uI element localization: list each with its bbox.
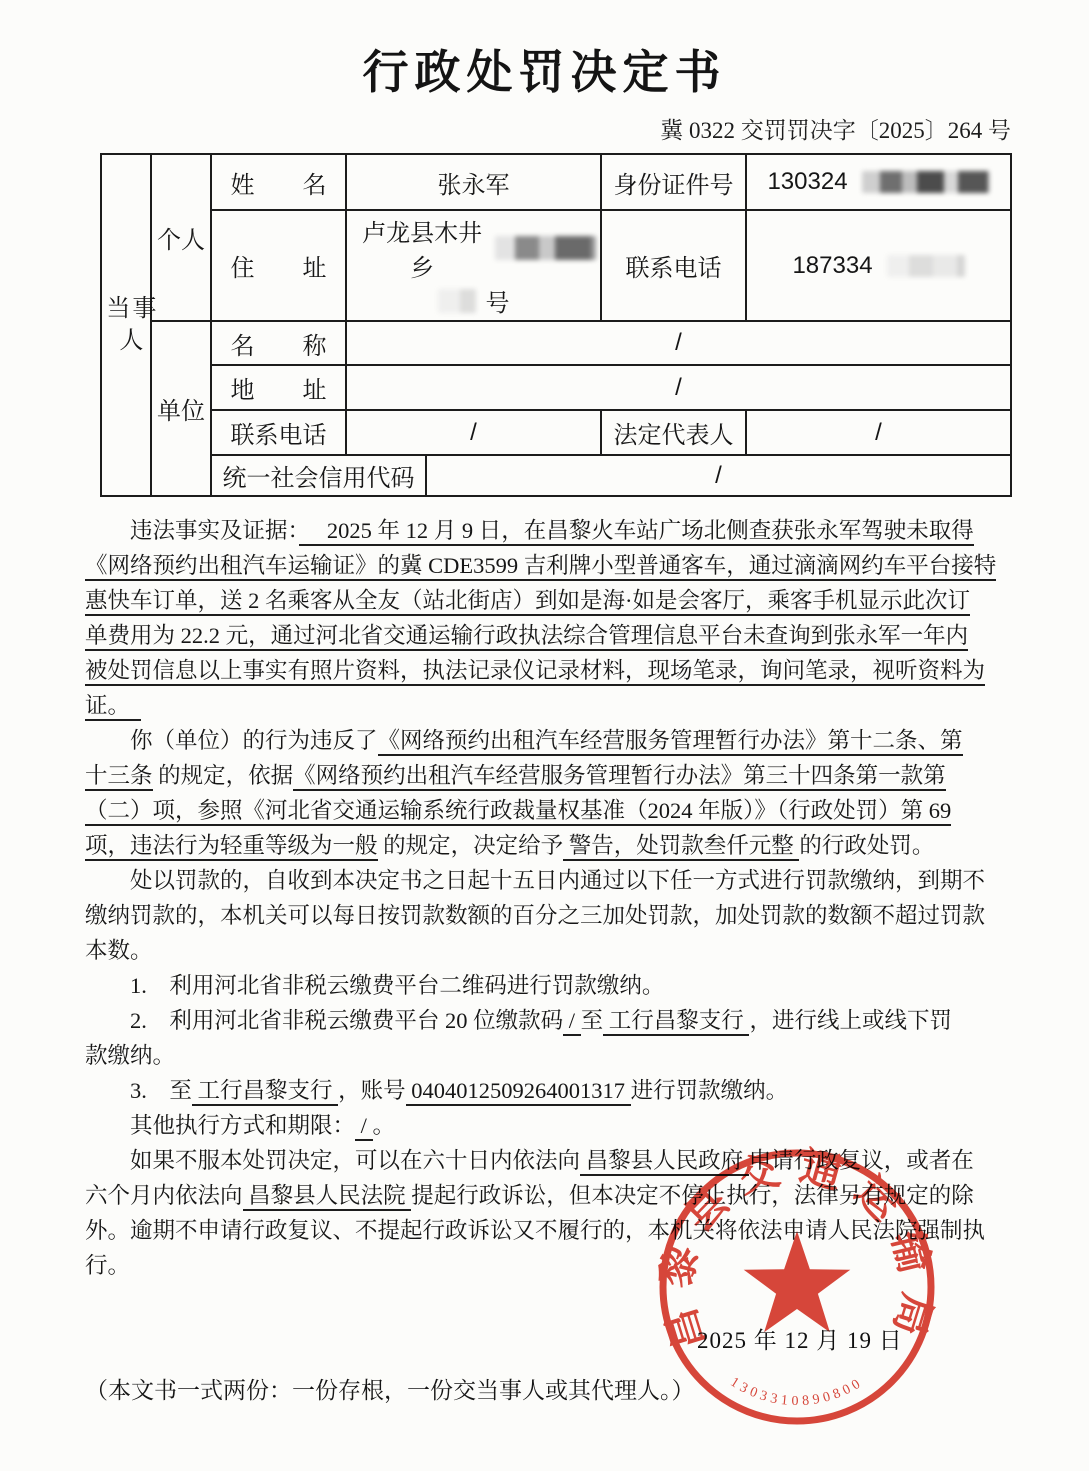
filled-blank-text: / [355, 1113, 373, 1141]
redacted-text-block [862, 171, 990, 193]
filled-blank-text: 十三条 [85, 763, 153, 791]
body-line: 十三条 的规定，依据《网络预约出租汽车经营服务管理暂行办法》第三十四条第一款第 [85, 758, 1015, 793]
redacted-text-block [495, 236, 596, 260]
filled-blank-text: 惠快车订单，送 2 名乘客从全友（站北街店）到如是海·如是会客厅，乘客手机显示此… [85, 588, 970, 616]
body-line: （二）项，参照《河北省交通运输系统行政裁量权基准（2024 年版）》（行政处罚）… [85, 793, 1015, 828]
body-text: 的规定，决定给予 [378, 833, 564, 858]
body-text: 1. 利用河北省非税云缴费平台二维码进行罚款缴纳。 [85, 973, 664, 998]
table-row: 统一社会信用代码 / [101, 455, 1011, 496]
org-phone-value: / [346, 410, 601, 455]
body-text: 的行政处罚。 [799, 833, 934, 858]
issue-date: 2025 年 12 月 19 日 [697, 1322, 903, 1355]
org-label: 单位 [151, 321, 211, 496]
org-address-label: 地 址 [211, 365, 346, 410]
body-line: 缴纳罚款的，本机关可以每日按罚款数额的百分之三加处罚款，加处罚款的数额不超过罚款 [85, 898, 1015, 933]
page-title: 行政处罚决定书 [0, 36, 1089, 102]
body-text: 缴纳罚款的，本机关可以每日按罚款数额的百分之三加处罚款，加处罚款的数额不超过罚款 [85, 903, 985, 928]
body-text: 2. 利用河北省非税云缴费平台 20 位缴款码 [85, 1008, 563, 1033]
body-text: ，进行线上或线下罚 [749, 1008, 952, 1033]
credit-code-label: 统一社会信用代码 [211, 455, 426, 496]
body-line: 违法事实及证据： 2025 年 12 月 9 日，在昌黎火车站广场北侧查获张永军… [85, 513, 1015, 548]
filled-blank-text: 单费用为 22.2 元，通过河北省交通运输行政执法综合管理信息平台未查询到张永军… [85, 623, 968, 651]
legal-rep-label: 法定代表人 [601, 410, 746, 455]
body-text: 3. 至 [85, 1078, 192, 1103]
filled-blank-text: 2025 年 12 月 9 日，在昌黎火车站广场北侧查获张永军驾驶未取得 [299, 518, 974, 546]
name-label: 姓 名 [211, 154, 346, 210]
address-value: 卢龙县木井乡 号 [346, 210, 601, 321]
document-number: 冀 0322 交罚罚决字〔2025〕264 号 [0, 112, 1011, 145]
address-visible: 卢龙县木井乡 [355, 213, 489, 283]
body-text: 行。 [85, 1253, 130, 1278]
body-text: 的规定，依据 [153, 763, 294, 788]
body-line: 3. 至 工行昌黎支行 ，账号 0404012509264001317 进行罚款… [85, 1073, 1015, 1108]
id-number-label: 身份证件号 [601, 154, 746, 210]
phone-visible: 187334 [792, 252, 872, 280]
legal-rep-value: / [746, 410, 1011, 455]
body-line: 惠快车订单，送 2 名乘客从全友（站北街店）到如是海·如是会客厅，乘客手机显示此… [85, 583, 1015, 618]
body-text: ，账号 [338, 1078, 406, 1103]
body-text: 违法事实及证据： [85, 518, 299, 543]
filled-blank-text: 工行昌黎支行 [192, 1078, 338, 1106]
body-line: 1. 利用河北省非税云缴费平台二维码进行罚款缴纳。 [85, 968, 1015, 1003]
filled-blank-text: 昌黎县人民法院 [243, 1183, 412, 1211]
official-seal-graphic: 昌黎县交通运输局 1303310890800 [652, 1142, 942, 1432]
body-line: 单费用为 22.2 元，通过河北省交通运输行政执法综合管理信息平台未查询到张永军… [85, 618, 1015, 653]
name-value: 张永军 [346, 154, 601, 210]
filled-blank-text: 证。 [85, 693, 141, 721]
body-line: 项，违法行为轻重等级为一般 的规定，决定给予 警告，处罚款叁仟元整 的行政处罚。 [85, 828, 1015, 863]
body-line: 本数。 [85, 933, 1015, 968]
body-line: 2. 利用河北省非税云缴费平台 20 位缴款码 / 至 工行昌黎支行 ，进行线上… [85, 1003, 1015, 1038]
table-row: 单位 名 称 / [101, 321, 1011, 365]
filled-blank-text: / [563, 1008, 581, 1036]
body-line: 《网络预约出租汽车运输证》的冀 CDE3599 吉利牌小型普通客车，通过滴滴网约… [85, 548, 1015, 583]
body-text: 至 [581, 1008, 604, 1033]
body-text: 如果不服本处罚决定，可以在六十日内依法向 [85, 1148, 580, 1173]
body-line: 被处罚信息以上事实有照片资料，执法记录仪记录材料，现场笔录，询问笔录，视听资料为 [85, 653, 1015, 688]
org-address-value: / [346, 365, 1011, 410]
filled-blank-text: 0404012509264001317 [406, 1078, 631, 1106]
redacted-text-block [438, 289, 476, 313]
phone-value: 187334 [746, 210, 1011, 321]
filled-blank-text: 《网络预约出租汽车经营服务管理暂行办法》第三十四条第一款第 [293, 763, 946, 791]
official-seal: 昌黎县交通运输局 1303310890800 [652, 1142, 942, 1432]
org-phone-label: 联系电话 [211, 410, 346, 455]
table-row: 联系电话 / 法定代表人 / [101, 410, 1011, 455]
body-line: 你（单位）的行为违反了《网络预约出租汽车经营服务管理暂行办法》第十二条、第 [85, 723, 1015, 758]
party-info-table: 当事人 个人 姓 名 张永军 身份证件号 130324 住 址 卢龙县木井乡 [100, 153, 1012, 497]
body-text: 本数。 [85, 938, 153, 963]
org-name-label: 名 称 [211, 321, 346, 365]
seal-code-text: 1303310890800 [728, 1375, 867, 1409]
footer-note: （本文书一式两份：一份存根，一份交当事人或其代理人。） [85, 1372, 695, 1405]
id-number-value: 130324 [746, 154, 1011, 210]
body-text: 你（单位）的行为违反了 [85, 728, 378, 753]
phone-label: 联系电话 [601, 210, 746, 321]
body-line: 款缴纳。 [85, 1038, 1015, 1073]
body-text: 处以罚款的，自收到本决定书之日起十五日内通过以下任一方式进行罚款缴纳，到期不 [85, 868, 985, 893]
body-text: 款缴纳。 [85, 1043, 175, 1068]
table-row: 地 址 / [101, 365, 1011, 410]
body-text: 其他执行方式和期限： [85, 1113, 355, 1138]
body-line: 其他执行方式和期限： / 。 [85, 1108, 1015, 1143]
body-text: 进行罚款缴纳。 [631, 1078, 789, 1103]
table-row: 住 址 卢龙县木井乡 号 联系电话 187334 [101, 210, 1011, 321]
party-label-cell: 当事人 [101, 154, 151, 496]
credit-code-value: / [426, 455, 1011, 496]
filled-blank-text: 工行昌黎支行 [603, 1008, 749, 1036]
filled-blank-text: 《网络预约出租汽车运输证》的冀 CDE3599 吉利牌小型普通客车，通过滴滴网约… [85, 553, 996, 581]
filled-blank-text: （二）项，参照《河北省交通运输系统行政裁量权基准（2024 年版）》（行政处罚）… [85, 798, 951, 826]
body-line: 处以罚款的，自收到本决定书之日起十五日内通过以下任一方式进行罚款缴纳，到期不 [85, 863, 1015, 898]
individual-label: 个人 [151, 154, 211, 321]
penalty-decision-document: 行政处罚决定书 冀 0322 交罚罚决字〔2025〕264 号 当事人 个人 姓… [0, 0, 1089, 1471]
filled-blank-text: 项，违法行为轻重等级为一般 [85, 833, 378, 861]
id-number-visible: 130324 [767, 168, 847, 196]
table-row: 当事人 个人 姓 名 张永军 身份证件号 130324 [101, 154, 1011, 210]
address-label: 住 址 [211, 210, 346, 321]
filled-blank-text: 警告，处罚款叁仟元整 [563, 833, 799, 861]
filled-blank-text: 被处罚信息以上事实有照片资料，执法记录仪记录材料，现场笔录，询问笔录，视听资料为 [85, 658, 985, 686]
org-name-value: / [346, 321, 1011, 365]
redacted-text-block [887, 255, 965, 277]
star-icon [744, 1231, 851, 1332]
body-text: 六个月内依法向 [85, 1183, 243, 1208]
address-suffix: 号 [486, 283, 510, 318]
body-text: 。 [373, 1113, 396, 1138]
body-line: 证。 [85, 688, 1015, 723]
filled-blank-text: 《网络预约出租汽车经营服务管理暂行办法》第十二条、第 [378, 728, 963, 756]
